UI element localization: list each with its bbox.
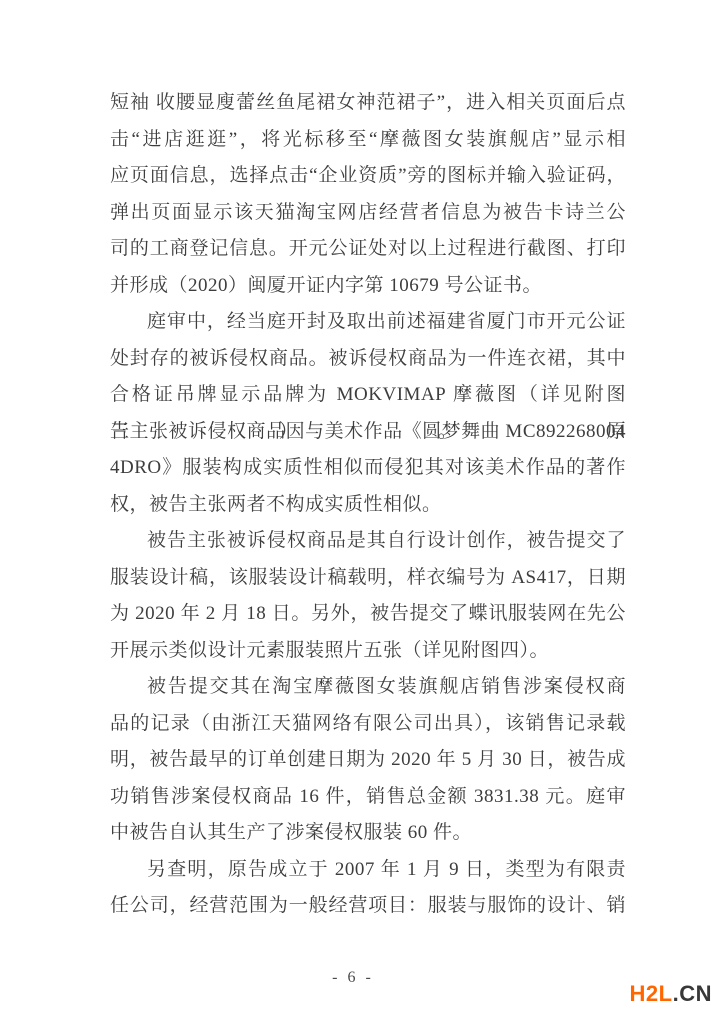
text-line: 击“进店逛逛”，将光标移至“摩薇图女装旗舰店”显示相 bbox=[110, 122, 626, 159]
watermark-primary-label: H2L bbox=[630, 981, 673, 1006]
body-text: 短袖 收腰显廋蕾丝鱼尾裙女神范裙子”，进入相关页面后点击“进店逛逛”，将光标移至… bbox=[110, 85, 626, 925]
text-line: 中被告自认其生产了涉案侵权服装 60 件。 bbox=[110, 815, 626, 852]
text-line: 告主张被诉侵权商品因与美术作品《圆梦舞曲 MC892268004 bbox=[110, 414, 626, 451]
text-line: 被告主张被诉侵权商品是其自行设计创作，被告提交了 bbox=[110, 523, 626, 560]
text-line: 司的工商登记信息。开元公证处对以上过程进行截图、打印 bbox=[110, 231, 626, 268]
text-line: 被告提交其在淘宝摩薇图女装旗舰店销售涉案侵权商 bbox=[110, 669, 626, 706]
text-line: 庭审中，经当庭开封及取出前述福建省厦门市开元公证 bbox=[110, 304, 626, 341]
text-line: 并形成（2020）闽厦开证内字第 10679 号公证书。 bbox=[110, 268, 626, 305]
page-number: - 6 - bbox=[0, 969, 706, 987]
site-watermark: H2L.CN bbox=[630, 981, 712, 1007]
text-line: 短袖 收腰显廋蕾丝鱼尾裙女神范裙子”，进入相关页面后点 bbox=[110, 85, 626, 122]
text-line: 品的记录（由浙江天猫网络有限公司出具），该销售记录载 bbox=[110, 706, 626, 743]
text-line: 服装设计稿，该服装设计稿载明，样衣编号为 AS417，日期 bbox=[110, 560, 626, 597]
text-line: 功销售涉案侵权商品 16 件，销售总金额 3831.38 元。庭审 bbox=[110, 779, 626, 816]
text-line: 应页面信息，选择点击“企业资质”旁的图标并输入验证码， bbox=[110, 158, 626, 195]
text-line: 4DRO》服装构成实质性相似而侵犯其对该美术作品的著作 bbox=[110, 450, 626, 487]
text-line: 弹出页面显示该天猫淘宝网店经营者信息为被告卡诗兰公 bbox=[110, 195, 626, 232]
text-line: 开展示类似设计元素服装照片五张（详见附图四）。 bbox=[110, 633, 626, 670]
text-line: 另查明，原告成立于 2007 年 1 月 9 日，类型为有限责 bbox=[110, 852, 626, 889]
text-line: 明，被告最早的订单创建日期为 2020 年 5 月 30 日，被告成 bbox=[110, 742, 626, 779]
document-page: 短袖 收腰显廋蕾丝鱼尾裙女神范裙子”，进入相关页面后点击“进店逛逛”，将光标移至… bbox=[0, 0, 720, 1018]
text-line: 权，被告主张两者不构成实质性相似。 bbox=[110, 487, 626, 524]
watermark-secondary-label: .CN bbox=[673, 981, 712, 1006]
text-line: 为 2020 年 2 月 18 日。另外，被告提交了蝶讯服装网在先公 bbox=[110, 596, 626, 633]
text-line: 任公司，经营范围为一般经营项目：服装与服饰的设计、销 bbox=[110, 888, 626, 925]
text-line: 合格证吊牌显示品牌为 MOKVIMAP 摩薇图（详见附图三）。原 bbox=[110, 377, 626, 414]
text-line: 处封存的被诉侵权商品。被诉侵权商品为一件连衣裙，其中 bbox=[110, 341, 626, 378]
